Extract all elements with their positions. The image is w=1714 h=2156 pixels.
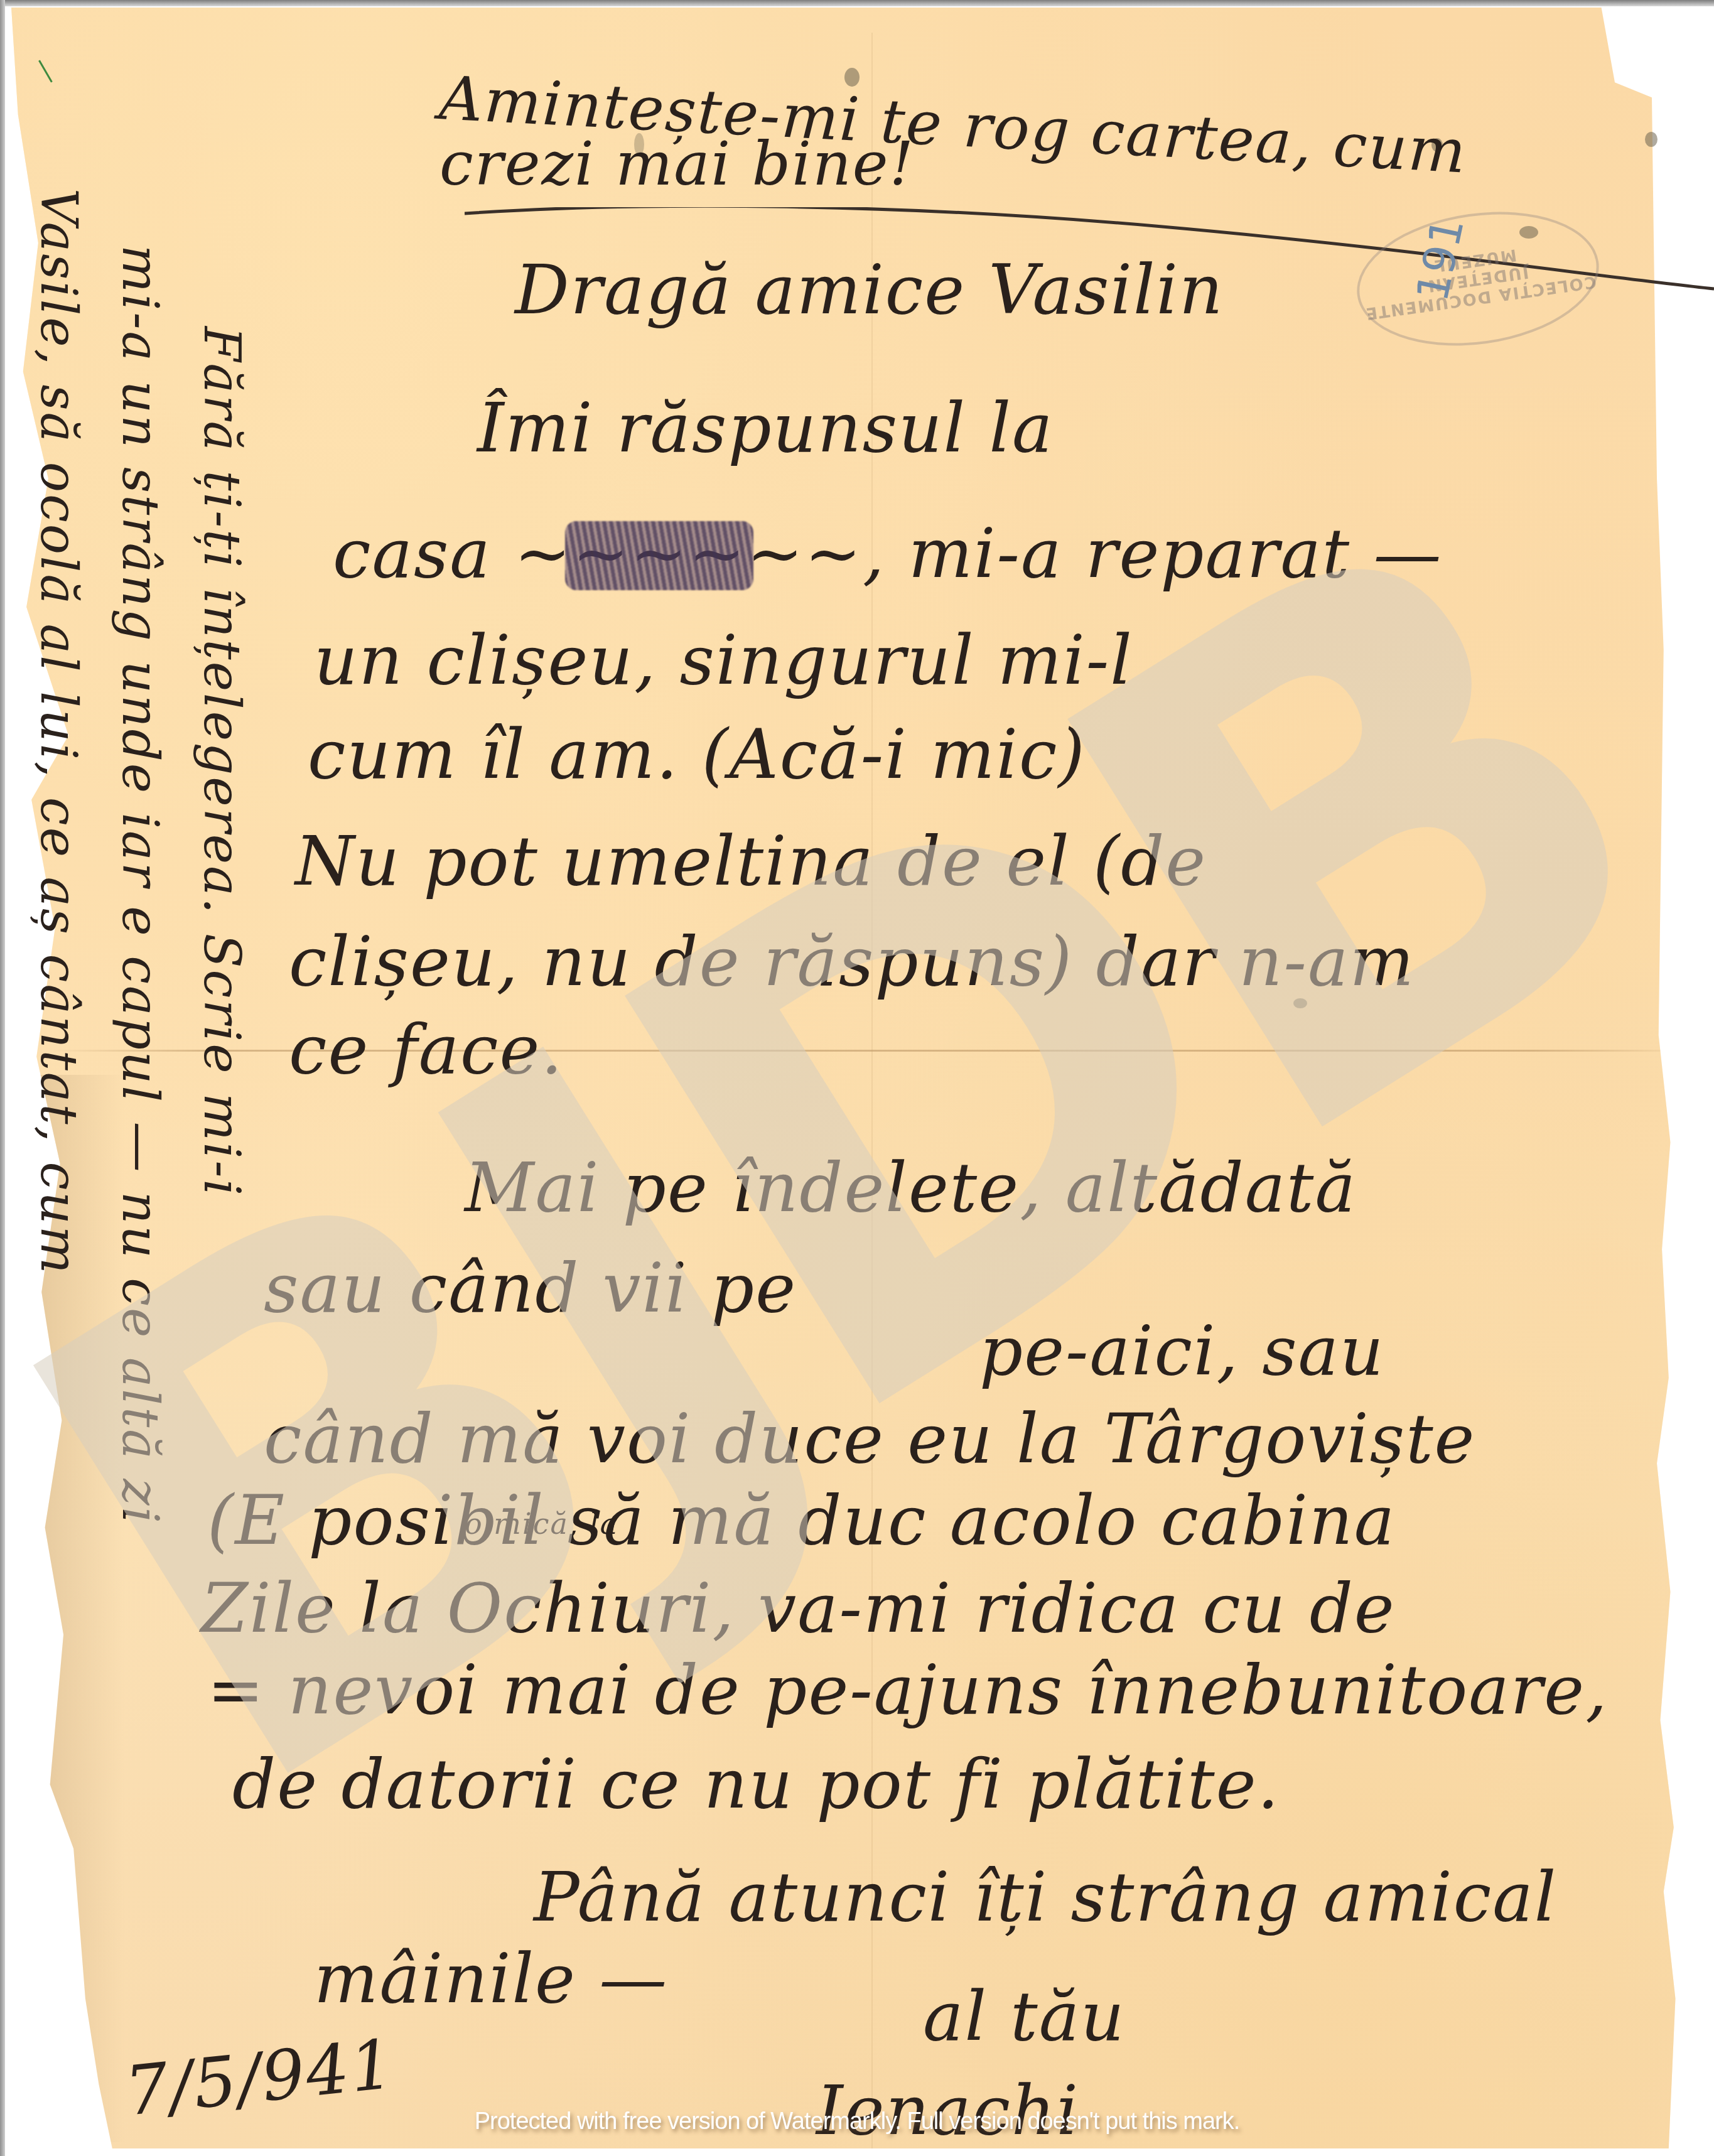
insertion-above: o mică, la xyxy=(465,1507,618,1541)
closing: al tău xyxy=(923,1978,1126,2056)
closing-phrase-end: mâinile — xyxy=(314,1940,668,2019)
crossed-out-word xyxy=(565,521,753,590)
closing-phrase: Până atunci îți strâng amical xyxy=(534,1858,1557,1937)
salutation: Dragă amice Vasilin xyxy=(515,251,1224,330)
body-line-13: Zile la Ochiuri, va-mi ridica cu de xyxy=(201,1570,1396,1648)
body-line-9: sau când vii pe xyxy=(264,1249,797,1328)
watermark-notice: Protected with free version of Watermark… xyxy=(0,2108,1714,2135)
vertical-fold-line xyxy=(871,33,873,2155)
body-line-7: ce face. xyxy=(289,1011,564,1089)
body-line-2: casa ~~~~~~, mi-a reparat — xyxy=(333,515,1443,593)
body-line-11: când mă voi duce eu la Târgoviște xyxy=(264,1400,1476,1479)
ink-speck xyxy=(1645,132,1657,147)
body-line-1: Îmi răspunsul la xyxy=(477,389,1054,468)
body-line-5: Nu pot umeltina de el (de xyxy=(295,822,1207,901)
scan-border-left xyxy=(0,0,5,2156)
body-line-4: cum îl am. (Acă-i mic) xyxy=(308,716,1086,794)
body-line-12: (E posibil să mă duc acolo cabina xyxy=(207,1482,1396,1560)
body-line-3: un clișeu, singurul mi-l xyxy=(314,622,1133,700)
body-line-6: clișeu, nu de răspuns) dar n-am xyxy=(289,923,1415,1001)
scan-border-top xyxy=(0,0,1714,6)
body-line-15: de datorii ce nu pot fi plătite. xyxy=(232,1745,1280,1824)
margin-text-column-1: Vasile, să ocolă al lui, ce aș cântat, c… xyxy=(30,188,88,1276)
header-note-line-2: crezi mai bine! xyxy=(439,129,915,199)
body-line-10: pe-aici, sau xyxy=(979,1312,1385,1391)
margin-text-column-3: Fără ți-ți înțelegerea. Scrie mi-i xyxy=(193,326,251,1197)
body-line-8: Mai pe îndelete, altădată xyxy=(465,1149,1357,1227)
margin-text-column-2: mi-a un strâng unde iar e capul — nu ce … xyxy=(111,245,170,1525)
body-line-14: = nevoi mai de pe-ajuns înnebunitoare, xyxy=(207,1651,1609,1730)
